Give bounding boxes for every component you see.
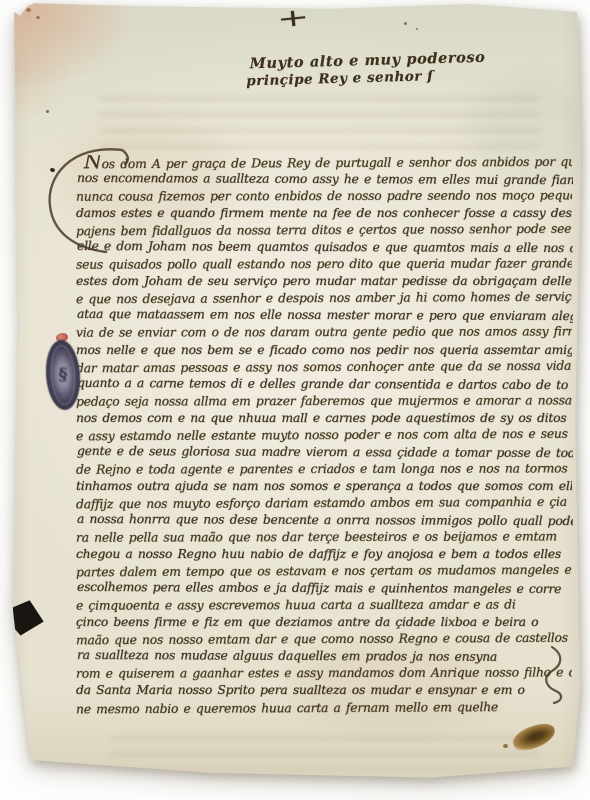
manuscript-text-line: via de se enviar com o de nos daram outr… [76, 324, 572, 342]
manuscript-text-line: gente e de seus gloriosa sua madre viero… [77, 443, 573, 462]
manuscript-body: Nos dom A per graça de Deus Rey de purtu… [76, 154, 572, 729]
manuscript-text-line: nos demos com e na que nhuua mall e carn… [76, 410, 572, 427]
paper-shadow-wrap: + Muyto alto e muy poderoso prinçipe Rey… [0, 0, 590, 800]
paper: + Muyto alto e muy poderoso prinçipe Rey… [0, 0, 590, 800]
letter-salutation: Muyto alto e muy poderoso prinçipe Rey e… [250, 49, 487, 90]
manuscript-text-line: e çimquoenta e assy escrevemos huua cart… [76, 597, 572, 615]
manuscript-text-line: damos estes e quando firmem mente na fee… [76, 205, 572, 222]
manuscript-text-line: mos nelle e que nos bem se e ficado como… [76, 342, 572, 359]
manuscript-text-line: tinhamos outra ajuda se nam nos somos e … [76, 478, 572, 495]
ink-speck [404, 22, 407, 25]
manuscript-scan: + Muyto alto e muy poderoso prinçipe Rey… [0, 0, 590, 800]
ink-bleedthrough [100, 96, 540, 152]
corner-stain-speck [36, 16, 40, 19]
manuscript-text-line: elle e dom Joham nos beem quamtos quisad… [77, 238, 573, 257]
manuscript-text-line: escolhemos pera elles ambos e ja daffijz… [77, 579, 573, 598]
manuscript-text-line: nos encomendamos a suallteza como assy h… [77, 170, 573, 189]
manuscript-text-line: ne mesmo nabio e queremos huua carta a f… [76, 698, 572, 718]
paper-tear [6, 598, 46, 638]
manuscript-text-line: quanto a a carne temos di e delles grand… [77, 375, 573, 394]
closing-flourish [543, 645, 571, 705]
ink-cross-icon: + [276, 2, 311, 33]
ink-bleedthrough [110, 736, 540, 770]
manuscript-text-line: seus quisados pollo quall estando nos pe… [76, 256, 572, 274]
manuscript-text-line: çinco beens firme e fiz em que deziamos … [76, 614, 572, 631]
manuscript-text-line: a nossa honrra que nos dese bencente a o… [77, 511, 573, 530]
manuscript-text-line: dar matar amas pessoas e assy nos somos … [76, 357, 572, 377]
manuscript-text-line: chegou a nosso Regno huu nabio de daffij… [76, 546, 572, 563]
manuscript-text-line: nunca cousa fizemos per conto enbidos de… [76, 187, 572, 205]
manuscript-text-line: ra nelle pella sua maão que nos dar terç… [76, 528, 572, 546]
ink-speck [416, 28, 418, 30]
ink-speck [46, 110, 49, 113]
manuscript-text-line: rom e quiserem a gaanhar estes e assy ma… [76, 665, 572, 683]
manuscript-text-line: da Santa Maria nosso Sprito pera suallte… [76, 682, 572, 699]
archive-stamp-icon: § [44, 339, 83, 411]
bottom-stain-speck [503, 744, 508, 748]
manuscript-text-line: de Rejno e toda agente e parentes e cria… [76, 460, 572, 478]
manuscript-text-line: e assy estamdo nelle estante muyto nosso… [76, 425, 572, 445]
manuscript-text-line: estes dom Joham de seu serviço pero muda… [76, 273, 572, 290]
corner-stain-speck [26, 8, 31, 12]
manuscript-text-line: pedaço seja nossa allma em prazer fabere… [76, 392, 572, 410]
stamp-emblem: § [44, 339, 83, 411]
